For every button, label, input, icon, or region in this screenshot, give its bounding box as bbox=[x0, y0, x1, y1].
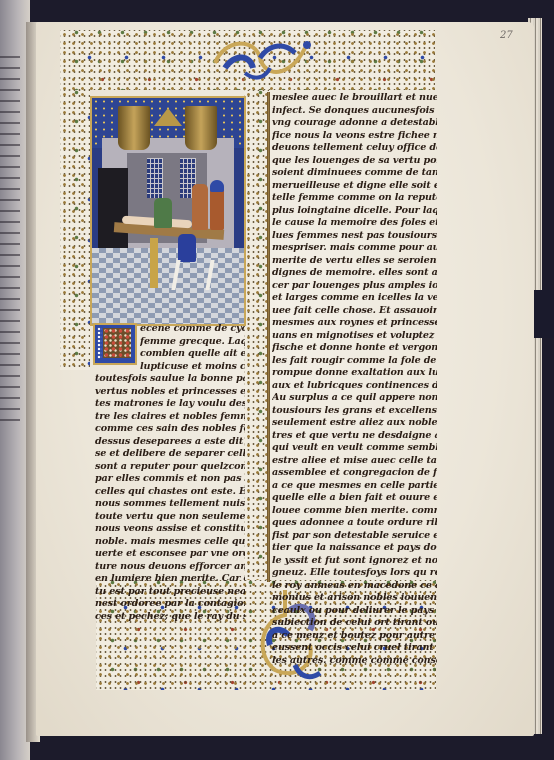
text-line: louee comme bien merite. comme dost bbox=[272, 505, 437, 518]
text-line: les fait rougir comme la fole de cor bbox=[272, 355, 437, 368]
text-line: lues femmes nest pas tousiours a bbox=[272, 230, 437, 243]
figure-onlooker-orange bbox=[192, 184, 208, 230]
column-divider-bar bbox=[267, 92, 270, 582]
text-line: mespriser. mais comme pour auoir bbox=[272, 242, 437, 255]
facing-page-text bbox=[0, 50, 20, 430]
tiled-floor bbox=[92, 248, 244, 324]
text-line: subiection de celui ort tirant ou eulx bbox=[272, 617, 437, 630]
text-line: aux et lubricques continences dicelles bbox=[272, 380, 437, 393]
text-line: tousiours les grans et excellens espris bbox=[272, 405, 437, 418]
figure-blue-tunic bbox=[178, 234, 196, 262]
gable bbox=[154, 108, 182, 126]
text-line: ceaulx ou pour deliurer le pays de la bbox=[272, 605, 437, 618]
text-line: toute vertu que non seulement celle q bbox=[95, 511, 245, 524]
border-left-ivy bbox=[60, 90, 90, 370]
text-line: uee fait celle chose. Et assauoir que bbox=[272, 305, 437, 318]
text-line: que les louenges de sa vertu point ne bbox=[272, 155, 437, 168]
left-column-beside-initial: ecene comme de cyo si fut femme grecque.… bbox=[140, 323, 245, 373]
border-middle-ivy bbox=[244, 90, 269, 580]
text-line: ces et pechez; que le ray du soleil est bbox=[95, 611, 245, 624]
left-column-text: toutesfois saulue la bonne paix des vert… bbox=[95, 373, 245, 623]
text-line: plus loingtaine dicelle. Pour laquel bbox=[272, 205, 437, 218]
text-line: ecene comme de cyo si fut bbox=[140, 323, 245, 336]
text-line: telle femme comme on la reputoit estre bbox=[272, 192, 437, 205]
white-hose-legs bbox=[171, 260, 214, 290]
miniature-painting bbox=[90, 96, 246, 326]
text-line: tre les claires et nobles femmes. Car bbox=[95, 411, 245, 424]
text-line: tu est par tout precieuse neautrement bbox=[95, 586, 245, 599]
illuminated-initial bbox=[93, 323, 137, 365]
text-line: dessus deseparees a este dit Jay propo bbox=[95, 436, 245, 449]
text-line: et larges comme en icelles la vertu trou bbox=[272, 292, 437, 305]
text-line: tier que la naissance et pays dont el bbox=[272, 542, 437, 555]
initial-pattern bbox=[97, 327, 102, 359]
text-line: infect. Se donques aucunesfois en bbox=[272, 105, 437, 118]
text-line: tres et que vertu ne desdaigne aucu bbox=[272, 430, 437, 443]
text-line: cer par louenges plus amples ioyeuses bbox=[272, 280, 437, 293]
text-line: ture nous deuons efforcer amener bbox=[95, 561, 245, 574]
text-line: nous sommes tellement nuisibles a bbox=[95, 498, 245, 511]
text-line: fist par son detestable seruice et mes bbox=[272, 530, 437, 543]
text-line: uans en mignotises et voluptez elle bbox=[272, 330, 437, 343]
text-line: nest ordoree par la contagion des vi bbox=[95, 598, 245, 611]
text-line: mesmes aux roynes et princesses di bbox=[272, 317, 437, 330]
text-line: seulement estre aliez aux nobles til bbox=[272, 417, 437, 430]
text-line: uerte et esconsee par vne orde couuer bbox=[95, 548, 245, 561]
text-line: dignes de memoire. elles sont a exaul bbox=[272, 267, 437, 280]
text-line: eussent occis celui cruel tirant entre bbox=[272, 642, 437, 655]
text-line: monius et arison nobles iouuen bbox=[272, 592, 437, 605]
text-line: sont a reputer pour quelzconques fai bbox=[95, 461, 245, 474]
text-line: nous veons assise et constituee en lieu bbox=[95, 523, 245, 536]
text-line: rompue donne exaltation aux lumin bbox=[272, 367, 437, 380]
text-line: combien quelle ait este vo bbox=[140, 348, 245, 361]
text-line: comme ces sain des nobles femmes ay bbox=[95, 423, 245, 436]
text-line: quelle elle a bien fait et ouure elle so… bbox=[272, 492, 437, 505]
text-line: femme grecque. Laquelle bbox=[140, 336, 245, 349]
text-line: vertus nobles et princesses et hommes bbox=[95, 386, 245, 399]
right-column-text: meslee auec le brouillart et nuee est in… bbox=[272, 92, 437, 667]
text-line: estre aliee et mise auec celle tant nobl… bbox=[272, 455, 437, 468]
text-line: lupticuse et moins chaste bbox=[140, 361, 245, 374]
text-line: gneuz. Elle toutesfoys lors qu regnoit bbox=[272, 567, 437, 580]
gilded-trestle bbox=[150, 238, 158, 288]
text-line: merueilleuse et digne elle soit en vne bbox=[272, 180, 437, 193]
text-line: en lumiere bien merite. Car certes ver bbox=[95, 573, 245, 586]
text-line: vng courage adonne a detestable of bbox=[272, 117, 437, 130]
initial-foliage bbox=[103, 328, 131, 358]
folio-number: 27 bbox=[500, 30, 513, 41]
text-line: les autres. comme comme consentat bbox=[272, 655, 437, 668]
text-line: noble. mais mesmes celle qui est cou bbox=[95, 536, 245, 549]
turret-left bbox=[118, 106, 150, 150]
text-line: qui veult en veult comme semble deu bbox=[272, 442, 437, 455]
barred-window-left bbox=[147, 158, 163, 198]
acanthus-scroll-top-icon bbox=[205, 33, 315, 83]
text-line: se et delibere de separer celles qui nob… bbox=[95, 448, 245, 461]
text-line: le yssit et fut sont ignorez et non con bbox=[272, 555, 437, 568]
turret-right bbox=[185, 106, 217, 150]
text-line: a ce meuz et boutez pour autre cause bbox=[272, 630, 437, 643]
text-line: tes matrones ie lay voulu desseparer e bbox=[95, 398, 245, 411]
text-line: fice nous la veons estre fichee nous bbox=[272, 130, 437, 143]
blue-hood bbox=[210, 180, 224, 192]
text-line: assemblee et congregacion de femes bbox=[272, 467, 437, 480]
text-line: Au surplus a ce quil appere non pas bbox=[272, 392, 437, 405]
text-line: merite de vertu elles se seroient faicte… bbox=[272, 255, 437, 268]
text-line: par elles commis et non pas seulem bbox=[95, 473, 245, 486]
text-line: celles qui chastes ont este. En oultre bbox=[95, 486, 245, 499]
figure-green bbox=[154, 198, 172, 228]
text-line: fische et donne honte et vergongne et bbox=[272, 342, 437, 355]
text-line: le cause la memoire des foles et disso bbox=[272, 217, 437, 230]
text-line: ques adonnee a toute ordure ribaulde bbox=[272, 517, 437, 530]
text-line: soient diminuees comme de tant plus bbox=[272, 167, 437, 180]
text-line: a ce que mesmes en celle partie en la bbox=[272, 480, 437, 493]
text-line: le roy anmeas en macedone ce ar bbox=[272, 580, 437, 593]
text-line: deuons tellement celuy office detester bbox=[272, 142, 437, 155]
text-line: meslee auec le brouillart et nuee est bbox=[272, 92, 437, 105]
text-line: toutesfois saulue la bonne paix des bbox=[95, 373, 245, 386]
